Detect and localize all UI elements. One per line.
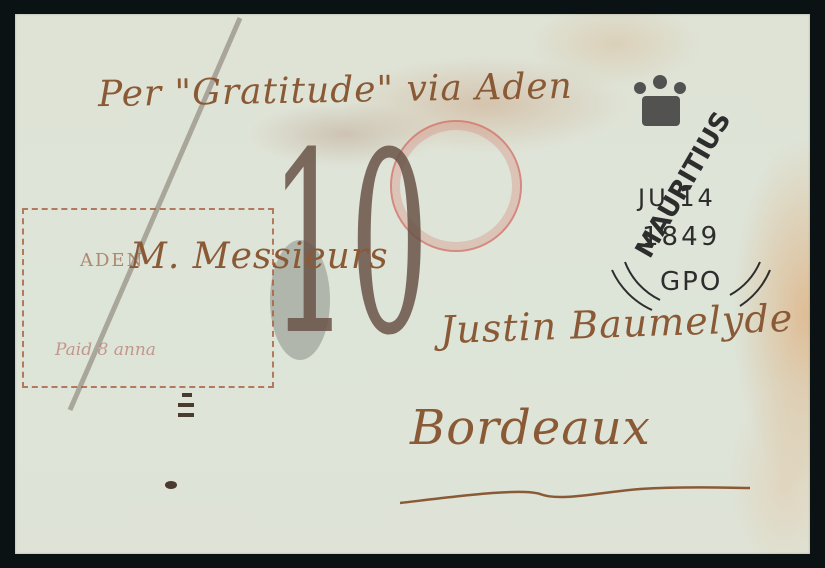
addressee-salutation: M. Messieurs bbox=[130, 236, 389, 277]
routing-endorsement: Per "Gratitude" via Aden bbox=[98, 66, 573, 115]
boxed-handstamp-line2: Paid 8 anna bbox=[55, 340, 156, 360]
destination-city: Bordeaux bbox=[410, 400, 651, 456]
mauritius-crowned-datestamp: MAURITIUS JU 14 1849 GPO bbox=[600, 150, 770, 300]
aden-paid-boxed-handstamp bbox=[22, 208, 274, 388]
cds-year: 1849 bbox=[642, 222, 720, 252]
cds-office: GPO bbox=[660, 267, 722, 297]
photo-frame: ADEN Paid 8 anna 10 Per "Gratitude" via … bbox=[0, 0, 825, 568]
cds-date: JU 14 bbox=[638, 184, 716, 212]
